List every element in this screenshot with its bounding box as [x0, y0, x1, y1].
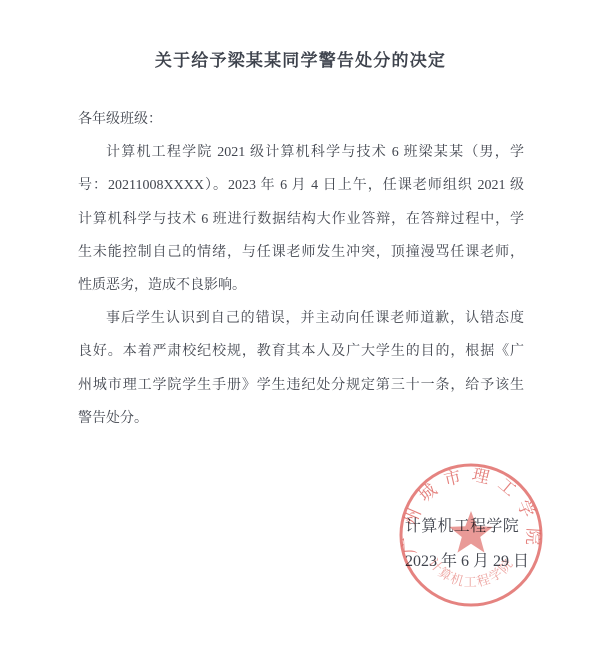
salutation: 各年级班级： — [78, 103, 524, 136]
closing-date: 2023 年 6 月 29 日 — [405, 548, 529, 571]
seal-arc-text: 广州城市理工学院 — [399, 465, 542, 554]
closing-signer: 计算机工程学院 — [405, 513, 519, 536]
body-line: 生未能控制自己的情绪，与任课老师发生冲突，顶撞漫骂任课老师， — [78, 236, 524, 269]
body-line: 性质恶劣，造成不良影响。 — [78, 269, 524, 302]
body-line: 计算机科学与技术 6 班进行数据结构大作业答辩，在答辩过程中，学 — [78, 203, 524, 236]
body-line: 良好。本着严肃校纪校规，教育其本人及广大学生的目的，根据《广 — [78, 335, 524, 368]
body-line: 警告处分。 — [78, 402, 524, 435]
document-title: 关于给予梁某某同学警告处分的决定 — [0, 46, 601, 71]
body-line: 事后学生认识到自己的错误，并主动向任课老师道歉，认错态度 — [78, 302, 524, 335]
document-page: 关于给予梁某某同学警告处分的决定 各年级班级： 计算机工程学院 2021 级计算… — [0, 0, 601, 650]
body-line: 计算机工程学院 2021 级计算机科学与技术 6 班梁某某（男，学 — [78, 136, 524, 169]
body-line: 州城市理工学院学生手册》学生违纪处分规定第三十一条，给予该生 — [78, 369, 524, 402]
document-body: 各年级班级： 计算机工程学院 2021 级计算机科学与技术 6 班梁某某（男，学… — [78, 103, 524, 435]
body-line: 号：20211008XXXX）。2023 年 6 月 4 日上午，任课老师组织 … — [78, 169, 524, 202]
